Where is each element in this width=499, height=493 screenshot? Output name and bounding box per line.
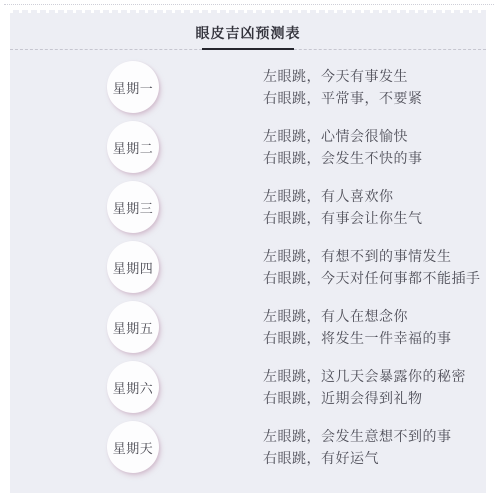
table-row: 星期四 左眼跳，有想不到的事情发生 右眼跳，今天对任何事都不能插手	[10, 237, 486, 297]
prediction-card: 眼皮吉凶预测表 星期一 左眼跳，今天有事发生 右眼跳，平常事，不要紧 星期二 左…	[10, 10, 486, 493]
right-eye-prediction: 右眼跳，将发生一件幸福的事	[263, 327, 452, 349]
title-underline	[202, 48, 294, 50]
left-eye-prediction: 左眼跳，有人喜欢你	[263, 185, 423, 207]
table-row: 星期二 左眼跳，心情会很愉快 右眼跳，会发生不快的事	[10, 117, 486, 177]
left-eye-prediction: 左眼跳，心情会很愉快	[263, 125, 423, 147]
left-eye-prediction: 左眼跳，会发生意想不到的事	[263, 425, 452, 447]
page-title: 眼皮吉凶预测表	[10, 10, 486, 43]
day-badge: 星期四	[107, 241, 159, 293]
prediction-texts: 左眼跳，有人在想念你 右眼跳，将发生一件幸福的事	[263, 305, 452, 349]
prediction-texts: 左眼跳，有人喜欢你 右眼跳，有事会让你生气	[263, 185, 423, 229]
day-badge: 星期二	[107, 121, 159, 173]
prediction-texts: 左眼跳，有想不到的事情发生 右眼跳，今天对任何事都不能插手	[263, 245, 481, 289]
left-eye-prediction: 左眼跳，今天有事发生	[263, 65, 423, 87]
day-badge: 星期天	[107, 421, 159, 473]
day-label: 星期三	[113, 198, 154, 217]
day-badge: 星期五	[107, 301, 159, 353]
left-eye-prediction: 左眼跳，有人在想念你	[263, 305, 452, 327]
right-eye-prediction: 右眼跳，会发生不快的事	[263, 147, 423, 169]
day-badge: 星期一	[107, 61, 159, 113]
left-eye-prediction: 左眼跳，这几天会暴露你的秘密	[263, 365, 466, 387]
prediction-rows: 星期一 左眼跳，今天有事发生 右眼跳，平常事，不要紧 星期二 左眼跳，心情会很愉…	[10, 57, 486, 477]
day-badge: 星期六	[107, 361, 159, 413]
right-eye-prediction: 右眼跳，今天对任何事都不能插手	[263, 267, 481, 289]
day-label: 星期六	[113, 378, 154, 397]
prediction-texts: 左眼跳，今天有事发生 右眼跳，平常事，不要紧	[263, 65, 423, 109]
day-label: 星期二	[113, 138, 154, 157]
table-row: 星期六 左眼跳，这几天会暴露你的秘密 右眼跳，近期会得到礼物	[10, 357, 486, 417]
prediction-texts: 左眼跳，这几天会暴露你的秘密 右眼跳，近期会得到礼物	[263, 365, 466, 409]
prediction-texts: 左眼跳，心情会很愉快 右眼跳，会发生不快的事	[263, 125, 423, 169]
prediction-texts: 左眼跳，会发生意想不到的事 右眼跳，有好运气	[263, 425, 452, 469]
right-eye-prediction: 右眼跳，近期会得到礼物	[263, 387, 466, 409]
right-eye-prediction: 右眼跳，平常事，不要紧	[263, 87, 423, 109]
right-eye-prediction: 右眼跳，有事会让你生气	[263, 207, 423, 229]
day-label: 星期四	[113, 258, 154, 277]
table-row: 星期天 左眼跳，会发生意想不到的事 右眼跳，有好运气	[10, 417, 486, 477]
day-label: 星期一	[113, 78, 154, 97]
table-row: 星期三 左眼跳，有人喜欢你 右眼跳，有事会让你生气	[10, 177, 486, 237]
day-label: 星期五	[113, 318, 154, 337]
top-dotted-line	[4, 4, 494, 5]
table-row: 星期一 左眼跳，今天有事发生 右眼跳，平常事，不要紧	[10, 57, 486, 117]
table-row: 星期五 左眼跳，有人在想念你 右眼跳，将发生一件幸福的事	[10, 297, 486, 357]
day-label: 星期天	[113, 438, 154, 457]
day-badge: 星期三	[107, 181, 159, 233]
left-eye-prediction: 左眼跳，有想不到的事情发生	[263, 245, 481, 267]
right-eye-prediction: 右眼跳，有好运气	[263, 447, 452, 469]
title-separator-dashed-line	[10, 49, 486, 50]
